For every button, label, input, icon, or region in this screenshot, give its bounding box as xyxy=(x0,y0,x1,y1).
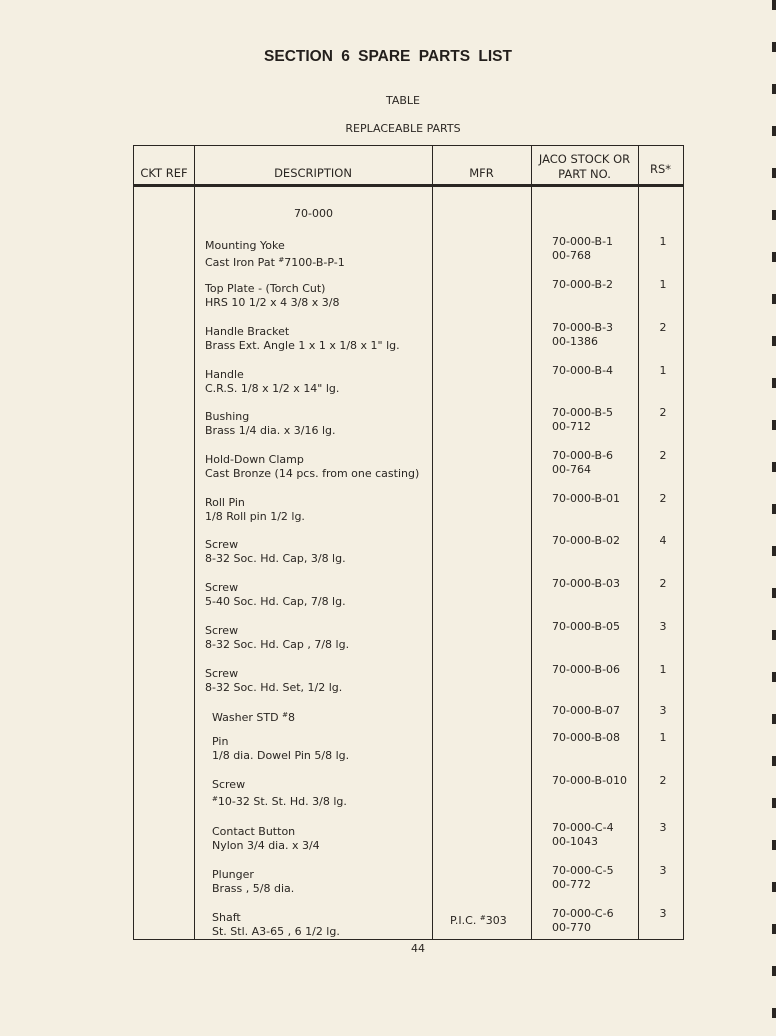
part-detail: Cast Bronze (14 pcs. from one casting) xyxy=(205,467,419,481)
part-name: Pin xyxy=(212,735,228,749)
part-number: 70-000-B-2 xyxy=(552,278,613,292)
rs-quantity: 3 xyxy=(657,864,669,878)
part-detail: Nylon 3/4 dia. x 3/4 xyxy=(212,839,320,853)
header-divider xyxy=(134,184,683,187)
column-divider xyxy=(194,146,195,939)
part-name: Screw xyxy=(205,667,238,681)
stock-number: 00-1043 xyxy=(552,835,598,849)
part-number: 70-000-B-010 xyxy=(552,774,627,788)
part-name: Screw xyxy=(205,538,238,552)
part-number: 70-000-C-4 xyxy=(552,821,614,835)
part-name: Handle xyxy=(205,368,244,382)
part-name: Screw xyxy=(212,778,245,792)
rs-quantity: 1 xyxy=(657,663,669,677)
part-name: Plunger xyxy=(212,868,254,882)
part-name: Mounting Yoke xyxy=(205,239,285,253)
part-number: 70-000-B-06 xyxy=(552,663,620,677)
part-name: Contact Button xyxy=(212,825,295,839)
replaceable-parts-table: CKT REF DESCRIPTION MFR JACO STOCK OR PA… xyxy=(133,145,684,940)
part-number: 70-000-B-01 xyxy=(552,492,620,506)
section-title: SECTION 6 SPARE PARTS LIST xyxy=(0,48,776,66)
rs-quantity: 2 xyxy=(657,321,669,335)
rs-quantity: 2 xyxy=(657,774,669,788)
part-number: 70-000-B-07 xyxy=(552,704,620,718)
rs-quantity: 2 xyxy=(657,449,669,463)
part-number: 70-000-B-3 xyxy=(552,321,613,335)
stock-number: 00-772 xyxy=(552,878,591,892)
part-number: 70-000-C-5 xyxy=(552,864,614,878)
part-name: Top Plate - (Torch Cut) xyxy=(205,282,325,296)
stock-number: 00-712 xyxy=(552,420,591,434)
part-number: 70-000-B-08 xyxy=(552,731,620,745)
part-detail: 8-32 Soc. Hd. Set, 1/2 lg. xyxy=(205,681,342,695)
rs-quantity: 1 xyxy=(657,278,669,292)
column-divider xyxy=(638,146,639,939)
part-name: Washer STD #8 xyxy=(212,708,295,725)
page-number: 44 xyxy=(0,942,776,955)
header-rs: RS* xyxy=(638,162,683,177)
part-number: 70-000-B-6 xyxy=(552,449,613,463)
rs-quantity: 3 xyxy=(657,821,669,835)
part-detail: St. Stl. A3-65 , 6 1/2 lg. xyxy=(212,925,340,939)
part-number: 70-000-B-05 xyxy=(552,620,620,634)
part-name: Shaft xyxy=(212,911,241,925)
header-mfr: MFR xyxy=(432,166,531,181)
part-number: 70-000-B-1 xyxy=(552,235,613,249)
stock-number: 00-770 xyxy=(552,921,591,935)
group-label: 70-000 xyxy=(294,207,333,221)
part-number: 70-000-B-02 xyxy=(552,534,620,548)
part-name: Handle Bracket xyxy=(205,325,289,339)
rs-quantity: 1 xyxy=(657,364,669,378)
rs-quantity: 1 xyxy=(657,731,669,745)
column-divider xyxy=(531,146,532,939)
part-detail: Cast Iron Pat #7100-B-P-1 xyxy=(205,253,345,270)
part-name: Screw xyxy=(205,581,238,595)
table-caption: REPLACEABLE PARTS xyxy=(15,122,776,135)
rs-quantity: 3 xyxy=(657,704,669,718)
rs-quantity: 2 xyxy=(657,492,669,506)
part-detail: Brass , 5/8 dia. xyxy=(212,882,294,896)
part-detail: 1/8 dia. Dowel Pin 5/8 lg. xyxy=(212,749,349,763)
rs-quantity: 1 xyxy=(657,235,669,249)
stock-number: 00-768 xyxy=(552,249,591,263)
part-name: Screw xyxy=(205,624,238,638)
rs-quantity: 3 xyxy=(657,907,669,921)
header-part-no: JACO STOCK OR PART NO. xyxy=(531,152,638,182)
rs-quantity: 3 xyxy=(657,620,669,634)
part-name: Bushing xyxy=(205,410,249,424)
header-ckt-ref: CKT REF xyxy=(134,166,194,181)
part-number: 70-000-B-03 xyxy=(552,577,620,591)
part-detail: #10-32 St. St. Hd. 3/8 lg. xyxy=(212,792,347,809)
manufacturer: P.I.C. #303 xyxy=(450,911,507,928)
part-detail: 5-40 Soc. Hd. Cap, 7/8 lg. xyxy=(205,595,346,609)
stock-number: 00-1386 xyxy=(552,335,598,349)
part-name: Roll Pin xyxy=(205,496,245,510)
part-number: 70-000-B-4 xyxy=(552,364,613,378)
rs-quantity: 2 xyxy=(657,406,669,420)
part-detail: Brass Ext. Angle 1 x 1 x 1/8 x 1" lg. xyxy=(205,339,400,353)
stock-number: 00-764 xyxy=(552,463,591,477)
part-number: 70-000-B-5 xyxy=(552,406,613,420)
part-name: Hold-Down Clamp xyxy=(205,453,304,467)
part-detail: 1/8 Roll pin 1/2 lg. xyxy=(205,510,305,524)
rs-quantity: 4 xyxy=(657,534,669,548)
table-label: TABLE xyxy=(15,94,776,107)
part-detail: Brass 1/4 dia. x 3/16 lg. xyxy=(205,424,335,438)
part-detail: HRS 10 1/2 x 4 3/8 x 3/8 xyxy=(205,296,340,310)
rs-quantity: 2 xyxy=(657,577,669,591)
part-detail: 8-32 Soc. Hd. Cap , 7/8 lg. xyxy=(205,638,349,652)
part-detail: C.R.S. 1/8 x 1/2 x 14" lg. xyxy=(205,382,339,396)
header-description: DESCRIPTION xyxy=(194,166,432,181)
part-detail: 8-32 Soc. Hd. Cap, 3/8 lg. xyxy=(205,552,346,566)
part-number: 70-000-C-6 xyxy=(552,907,614,921)
column-divider xyxy=(432,146,433,939)
scan-edge-marks xyxy=(772,0,776,1036)
